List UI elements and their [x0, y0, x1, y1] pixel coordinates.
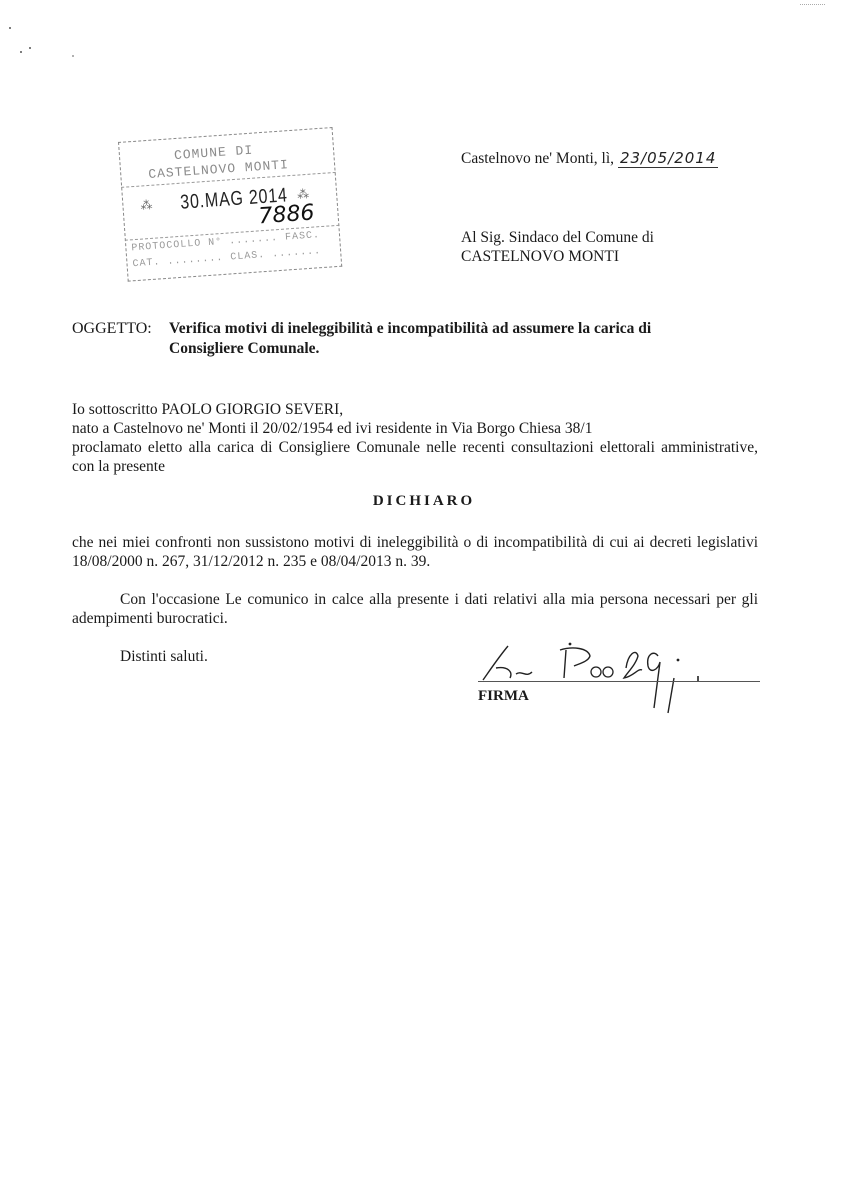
declarant-line: Io sottoscritto PAOLO GIORGIO SEVERI, — [72, 400, 343, 419]
data-paragraph: Con l'occasione Le comunico in calce all… — [72, 590, 758, 628]
declaration-heading: DICHIARO — [0, 493, 848, 510]
scan-speck — [29, 47, 31, 49]
scan-speck — [20, 51, 22, 53]
birth-residence-line: nato a Castelnovo ne' Monti il 20/02/195… — [72, 419, 592, 438]
place-date: Castelnovo ne' Monti, lì, 23/05/2014 — [461, 149, 718, 168]
stamp-ornament-icon: ⁂ — [140, 198, 153, 214]
handwritten-signature — [478, 638, 738, 718]
closing: Distinti saluti. — [120, 647, 208, 666]
declaration-paragraph: che nei miei confronti non sussistono mo… — [72, 533, 758, 571]
recipient-line2: CASTELNOVO MONTI — [461, 247, 619, 266]
recipient-line1: Al Sig. Sindaco del Comune di — [461, 228, 654, 247]
subject-text: Verifica motivi di ineleggibilità e inco… — [169, 319, 689, 359]
signature-line — [478, 681, 760, 682]
protocol-stamp: COMUNE DI CASTELNOVO MONTI ⁂ 30.MAG 2014… — [118, 127, 342, 282]
scan-mark — [800, 4, 825, 5]
election-paragraph: proclamato eletto alla carica di Consigl… — [72, 438, 758, 476]
scan-speck — [72, 55, 74, 57]
subject-label: OGGETTO: — [72, 319, 152, 338]
place-date-label: Castelnovo ne' Monti, lì, — [461, 150, 614, 167]
handwritten-date: 23/05/2014 — [618, 149, 718, 168]
scan-speck — [9, 27, 11, 29]
signature-label: FIRMA — [478, 687, 529, 706]
stamp-protocol-number: 7886 — [258, 201, 316, 230]
